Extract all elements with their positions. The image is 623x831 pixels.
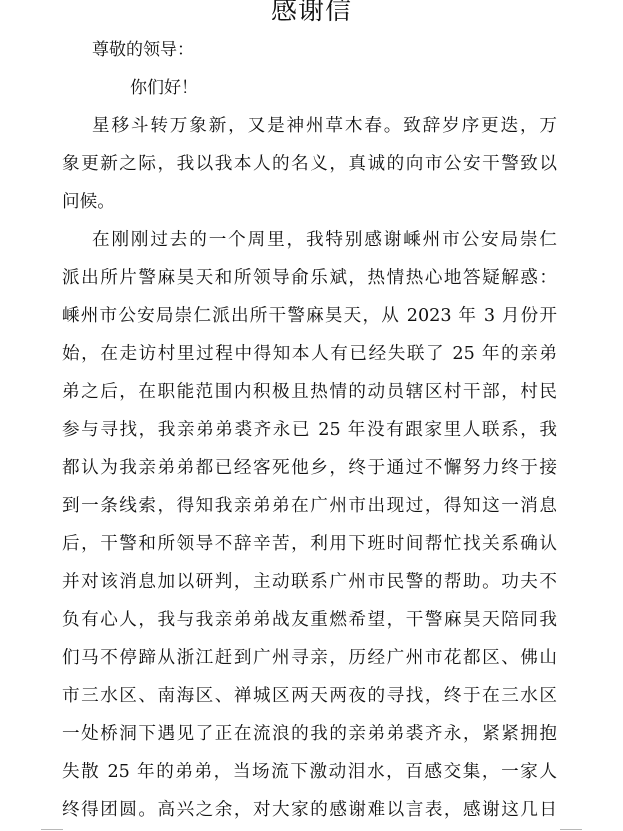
body-line: 问候。 xyxy=(62,190,557,214)
greeting: 你们好！ xyxy=(130,76,198,100)
body-line: 失散 25 年的弟弟，当场流下激动泪水，百感交集，一家人 xyxy=(62,760,557,784)
body-line: 市三水区、南海区、禅城区两天两夜的寻找，终于在三水区 xyxy=(62,684,557,708)
salutation: 尊敬的领导： xyxy=(92,38,194,62)
letter-title: 感谢信 xyxy=(0,0,623,28)
body-line: 并对该消息加以研判，主动联系广州市民警的帮助。功夫不 xyxy=(62,570,557,594)
body-line: 在刚刚过去的一个周里，我特别感谢嵊州市公安局崇仁 xyxy=(92,228,557,252)
body-line: 终得团圆。高兴之余，对大家的感谢难以言表，感谢这几日 xyxy=(62,798,557,822)
body-line: 一处桥洞下遇见了正在流浪的我的亲弟弟裘齐永，紧紧拥抱 xyxy=(62,722,557,746)
body-line: 参与寻找，我亲弟弟裘齐永已 25 年没有跟家里人联系，我 xyxy=(62,418,557,442)
body-line: 负有心人，我与我亲弟弟战友重燃希望，干警麻昊天陪同我 xyxy=(62,608,557,632)
body-line: 星移斗转万象新，又是神州草木春。致辞岁序更迭，万 xyxy=(92,114,557,138)
body-line: 都认为我亲弟弟都已经客死他乡，终于通过不懈努力终于接 xyxy=(62,456,557,480)
body-line: 到一条线索，得知我亲弟弟在广州市出现过，得知这一消息 xyxy=(62,494,557,518)
document-page: 感谢信 尊敬的领导： 你们好！ 星移斗转万象新，又是神州草木春。致辞岁序更迭，万… xyxy=(0,0,623,831)
body-line: 嵊州市公安局崇仁派出所干警麻昊天，从 2023 年 3 月份开 xyxy=(62,304,557,328)
body-line: 后，干警和所领导不辞辛苦，利用下班时间帮忙找关系确认 xyxy=(62,532,557,556)
body-line: 象更新之际，我以我本人的名义，真诚的向市公安干警致以 xyxy=(62,152,557,176)
margin-corner-mark-left xyxy=(41,829,63,830)
body-line: 始，在走访村里过程中得知本人有已经失联了 25 年的亲弟 xyxy=(62,342,557,366)
body-line: 派出所片警麻昊天和所领导俞乐斌，热情热心地答疑解惑： xyxy=(62,266,557,290)
margin-corner-mark-right xyxy=(560,829,582,830)
body-line: 们马不停蹄从浙江赶到广州寻亲，历经广州市花都区、佛山 xyxy=(62,646,557,670)
body-line: 弟之后，在职能范围内积极且热情的动员辖区村干部，村民 xyxy=(62,380,557,404)
